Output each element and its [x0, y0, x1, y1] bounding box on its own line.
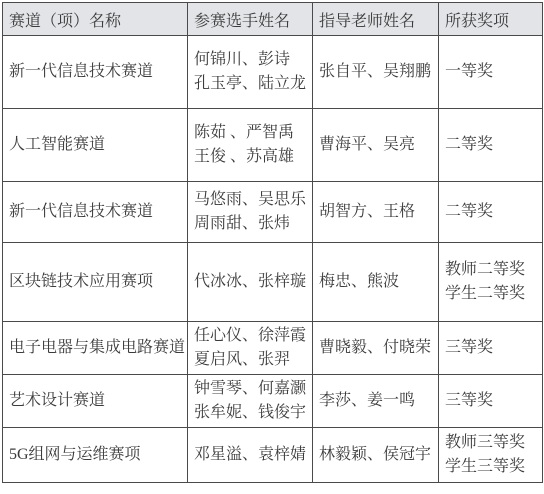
track-cell: 区块链技术应用赛项	[3, 243, 188, 322]
teachers-cell: 曹海平、吴亮	[313, 109, 439, 182]
cell-text-line: 周雨甜、张炜	[194, 212, 308, 236]
award-cell: 教师三等奖学生三等奖	[439, 428, 543, 483]
cell-text-line: 曹晓毅、付晓荣	[319, 336, 434, 360]
track-cell: 艺术设计赛道	[3, 375, 188, 428]
header-row: 赛道（项）名称 参赛选手姓名 指导老师姓名 所获奖项	[3, 3, 543, 36]
award-cell: 二等奖	[439, 109, 543, 182]
cell-text-line: 新一代信息技术赛道	[9, 200, 183, 224]
table-row: 电子电器与集成电路赛道 任心仪、徐萍霞夏启风、张羿 曹晓毅、付晓荣 三等奖	[3, 322, 543, 375]
page: 赛道（项）名称 参赛选手姓名 指导老师姓名 所获奖项 新一代信息技术赛道 何锦川…	[0, 0, 544, 494]
cell-text-line: 钟雪琴、何嘉灏	[194, 377, 308, 401]
cell-text-line: 5G组网与运维赛项	[9, 443, 183, 467]
table-body: 新一代信息技术赛道 何锦川、彭诗孔玉亭、陆立龙 张自平、吴翔鹏 一等奖 人工智能…	[3, 36, 543, 483]
students-cell: 邓星溢、袁梓婧	[188, 428, 313, 483]
teachers-cell: 曹晓毅、付晓荣	[313, 322, 439, 375]
award-cell: 二等奖	[439, 182, 543, 243]
table-row: 5G组网与运维赛项 邓星溢、袁梓婧 林毅颖、侯冠宇 教师三等奖学生三等奖	[3, 428, 543, 483]
students-cell: 任心仪、徐萍霞夏启风、张羿	[188, 322, 313, 375]
cell-text-line: 学生三等奖	[445, 455, 538, 479]
cell-text-line: 李莎、姜一鸣	[319, 389, 434, 413]
students-cell: 钟雪琴、何嘉灏张牟妮、钱俊宇	[188, 375, 313, 428]
cell-text-line: 一等奖	[445, 60, 538, 84]
cell-text-line: 林毅颖、侯冠宇	[319, 443, 434, 467]
students-cell: 陈茹 、严智禹王俊 、苏高雄	[188, 109, 313, 182]
cell-text-line: 三等奖	[445, 336, 538, 360]
track-cell: 新一代信息技术赛道	[3, 36, 188, 109]
track-cell: 人工智能赛道	[3, 109, 188, 182]
teachers-cell: 林毅颖、侯冠宇	[313, 428, 439, 483]
cell-text-line: 马悠雨、吴思乐	[194, 188, 308, 212]
teachers-cell: 张自平、吴翔鹏	[313, 36, 439, 109]
track-cell: 电子电器与集成电路赛道	[3, 322, 188, 375]
cell-text-line: 三等奖	[445, 389, 538, 413]
award-cell: 教师二等奖学生二等奖	[439, 243, 543, 322]
cell-text-line: 教师二等奖	[445, 258, 538, 282]
cell-text-line: 曹海平、吴亮	[319, 133, 434, 157]
award-cell: 一等奖	[439, 36, 543, 109]
header-cell-teachers: 指导老师姓名	[313, 3, 439, 36]
track-cell: 新一代信息技术赛道	[3, 182, 188, 243]
teachers-cell: 胡智方、王格	[313, 182, 439, 243]
teachers-cell: 梅忠、熊波	[313, 243, 439, 322]
cell-text-line: 学生二等奖	[445, 282, 538, 306]
track-cell: 5G组网与运维赛项	[3, 428, 188, 483]
awards-table: 赛道（项）名称 参赛选手姓名 指导老师姓名 所获奖项 新一代信息技术赛道 何锦川…	[2, 2, 543, 483]
table-row: 艺术设计赛道 钟雪琴、何嘉灏张牟妮、钱俊宇 李莎、姜一鸣 三等奖	[3, 375, 543, 428]
cell-text-line: 孔玉亭、陆立龙	[194, 72, 308, 96]
cell-text-line: 梅忠、熊波	[319, 270, 434, 294]
cell-text-line: 艺术设计赛道	[9, 389, 183, 413]
cell-text-line: 何锦川、彭诗	[194, 48, 308, 72]
teachers-cell: 李莎、姜一鸣	[313, 375, 439, 428]
table-row: 新一代信息技术赛道 马悠雨、吴思乐周雨甜、张炜 胡智方、王格 二等奖	[3, 182, 543, 243]
cell-text-line: 新一代信息技术赛道	[9, 60, 183, 84]
award-cell: 三等奖	[439, 375, 543, 428]
cell-text-line: 二等奖	[445, 200, 538, 224]
cell-text-line: 人工智能赛道	[9, 133, 183, 157]
students-cell: 何锦川、彭诗孔玉亭、陆立龙	[188, 36, 313, 109]
cell-text-line: 二等奖	[445, 133, 538, 157]
students-cell: 代冰冰、张梓璇	[188, 243, 313, 322]
table-row: 区块链技术应用赛项 代冰冰、张梓璇 梅忠、熊波 教师二等奖学生二等奖	[3, 243, 543, 322]
cell-text-line: 邓星溢、袁梓婧	[194, 443, 308, 467]
cell-text-line: 王俊 、苏高雄	[194, 145, 308, 169]
header-cell-track: 赛道（项）名称	[3, 3, 188, 36]
cell-text-line: 张自平、吴翔鹏	[319, 60, 434, 84]
cell-text-line: 胡智方、王格	[319, 200, 434, 224]
cell-text-line: 区块链技术应用赛项	[9, 270, 183, 294]
cell-text-line: 任心仪、徐萍霞	[194, 324, 308, 348]
award-cell: 三等奖	[439, 322, 543, 375]
cell-text-line: 陈茹 、严智禹	[194, 121, 308, 145]
students-cell: 马悠雨、吴思乐周雨甜、张炜	[188, 182, 313, 243]
table-row: 人工智能赛道 陈茹 、严智禹王俊 、苏高雄 曹海平、吴亮 二等奖	[3, 109, 543, 182]
header-cell-students: 参赛选手姓名	[188, 3, 313, 36]
cell-text-line: 教师三等奖	[445, 431, 538, 455]
cell-text-line: 电子电器与集成电路赛道	[9, 336, 183, 360]
cell-text-line: 夏启风、张羿	[194, 348, 308, 372]
table-row: 新一代信息技术赛道 何锦川、彭诗孔玉亭、陆立龙 张自平、吴翔鹏 一等奖	[3, 36, 543, 109]
cell-text-line: 张牟妮、钱俊宇	[194, 401, 308, 425]
header-cell-award: 所获奖项	[439, 3, 543, 36]
table-header: 赛道（项）名称 参赛选手姓名 指导老师姓名 所获奖项	[3, 3, 543, 36]
cell-text-line: 代冰冰、张梓璇	[194, 270, 308, 294]
